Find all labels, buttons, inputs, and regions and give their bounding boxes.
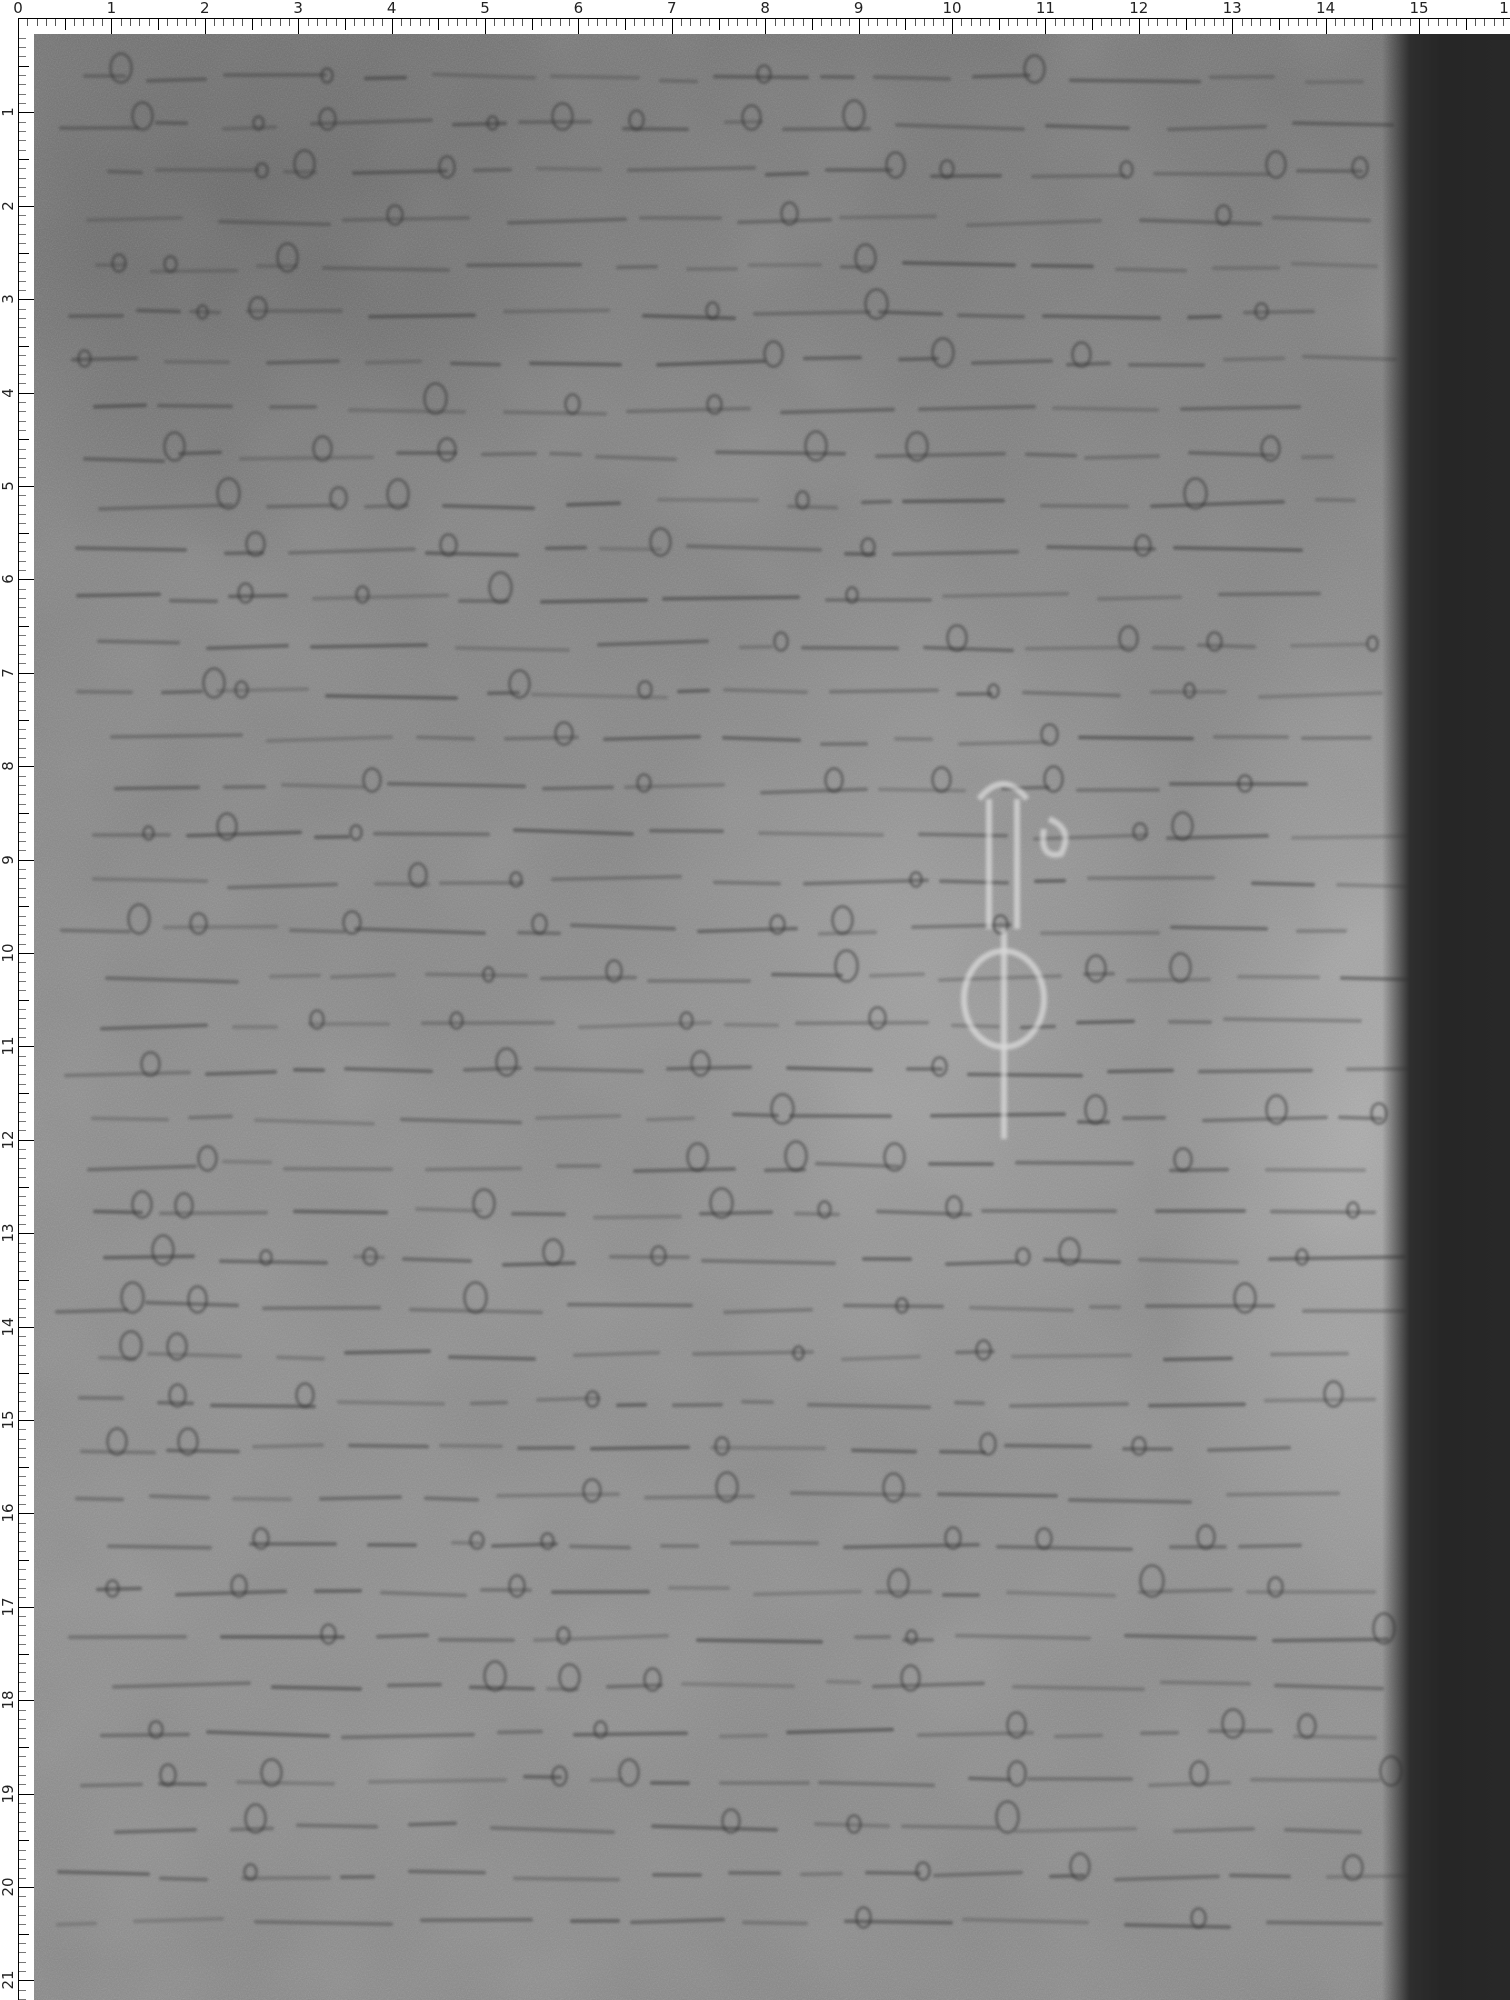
ruler-tick bbox=[19, 1551, 26, 1552]
ink-loop bbox=[216, 477, 241, 510]
ruler-tick bbox=[905, 19, 906, 30]
ruler-tick bbox=[19, 56, 26, 57]
ink-stroke bbox=[1296, 928, 1347, 932]
ink-loop bbox=[509, 871, 523, 888]
ink-stroke bbox=[854, 1635, 891, 1639]
ruler-label: 18 bbox=[0, 1691, 16, 1710]
ink-stroke bbox=[438, 1638, 515, 1642]
ruler-tick bbox=[1214, 19, 1215, 26]
ruler-label: 7 bbox=[667, 0, 677, 16]
ruler-tick bbox=[19, 1532, 26, 1533]
ink-stroke bbox=[1270, 1351, 1349, 1356]
ruler-tick bbox=[19, 1168, 26, 1169]
ruler-tick bbox=[19, 589, 26, 590]
ruler-tick bbox=[242, 19, 243, 26]
ruler-tick bbox=[19, 514, 26, 515]
ruler-tick bbox=[784, 19, 785, 26]
ink-loop bbox=[887, 1568, 910, 1598]
ink-loop bbox=[1254, 302, 1269, 321]
ruler-tick bbox=[19, 281, 26, 282]
ink-loop bbox=[243, 1863, 258, 1882]
ink-loop bbox=[119, 1330, 142, 1361]
ruler-label: 1 bbox=[0, 108, 16, 118]
ink-loop bbox=[795, 490, 811, 510]
ruler-tick bbox=[1232, 19, 1233, 34]
ruler-tick bbox=[616, 19, 617, 26]
ink-stroke bbox=[1237, 975, 1320, 980]
ruler-tick bbox=[19, 766, 34, 767]
ink-stroke bbox=[421, 1021, 555, 1025]
ink-loop bbox=[1267, 1576, 1284, 1598]
ruler-tick bbox=[19, 1037, 26, 1038]
ruler-tick bbox=[504, 19, 505, 26]
ruler-tick bbox=[19, 1915, 26, 1916]
ruler-tick bbox=[19, 785, 26, 786]
ink-loop bbox=[628, 109, 646, 131]
ruler-tick bbox=[1008, 19, 1009, 26]
ink-stroke bbox=[724, 1023, 779, 1028]
ink-loop bbox=[1342, 1854, 1363, 1882]
ruler-tick bbox=[19, 1691, 26, 1692]
ruler-label: 4 bbox=[387, 0, 397, 16]
ink-loop bbox=[686, 1142, 709, 1172]
ink-loop bbox=[439, 533, 458, 557]
ruler-tick bbox=[102, 19, 103, 26]
ruler-tick bbox=[392, 19, 393, 34]
ruler-tick bbox=[803, 19, 804, 26]
ink-stroke bbox=[660, 1544, 699, 1548]
ink-loop bbox=[770, 1093, 794, 1125]
ruler-tick bbox=[19, 1560, 29, 1561]
ruler-tick bbox=[19, 710, 26, 711]
ruler-tick bbox=[19, 1439, 26, 1440]
ruler-tick bbox=[55, 19, 56, 26]
ruler-tick bbox=[19, 729, 26, 730]
ink-loop bbox=[842, 99, 866, 131]
ink-stroke bbox=[1027, 1777, 1133, 1781]
ruler-tick bbox=[19, 309, 26, 310]
ink-loop bbox=[293, 149, 315, 178]
ink-loop bbox=[1173, 1147, 1192, 1172]
ink-loop bbox=[408, 862, 428, 888]
ink-stroke bbox=[639, 216, 722, 220]
ruler-tick bbox=[111, 19, 112, 34]
ink-loop bbox=[245, 531, 265, 557]
ruler-tick bbox=[19, 579, 34, 580]
ruler-tick bbox=[19, 1906, 26, 1907]
ruler-tick bbox=[19, 1822, 26, 1823]
ruler-tick bbox=[19, 393, 34, 394]
ruler-tick bbox=[65, 19, 66, 30]
ruler-label: 16 bbox=[0, 1504, 16, 1523]
ruler-tick bbox=[19, 1018, 26, 1019]
ink-loop bbox=[252, 1527, 270, 1550]
ruler-tick bbox=[1120, 19, 1121, 26]
ruler-tick bbox=[1475, 19, 1476, 26]
ink-stroke bbox=[473, 168, 512, 173]
ruler-tick bbox=[19, 1523, 26, 1524]
ruler-tick bbox=[19, 1607, 34, 1608]
ruler-tick bbox=[1260, 19, 1261, 26]
ink-loop bbox=[854, 243, 877, 273]
ink-stroke bbox=[677, 688, 711, 693]
ink-loop bbox=[1189, 1760, 1209, 1787]
ruler-tick bbox=[476, 19, 477, 26]
ruler-tick bbox=[1428, 19, 1429, 26]
ruler-tick bbox=[19, 1420, 34, 1421]
ruler-tick bbox=[569, 19, 570, 26]
ruler-tick bbox=[19, 1177, 26, 1178]
ruler-tick bbox=[19, 159, 29, 160]
ruler-tick bbox=[19, 1597, 26, 1598]
ruler-tick bbox=[158, 19, 159, 30]
ruler-tick bbox=[19, 1719, 26, 1720]
ruler-tick bbox=[19, 1299, 26, 1300]
ruler-tick bbox=[1354, 19, 1355, 26]
ruler-tick bbox=[223, 19, 224, 26]
ink-stroke bbox=[100, 1732, 190, 1737]
ruler-tick bbox=[19, 1401, 26, 1402]
ink-stroke bbox=[1169, 1545, 1227, 1549]
ink-stroke bbox=[801, 645, 899, 650]
ruler-tick bbox=[19, 1971, 26, 1972]
ruler-tick bbox=[877, 19, 878, 26]
ruler-tick bbox=[19, 1541, 26, 1542]
ink-loop bbox=[77, 349, 92, 368]
ink-loop bbox=[709, 1187, 734, 1220]
ruler-tick bbox=[19, 84, 26, 85]
ruler-tick bbox=[1101, 19, 1102, 26]
ruler-tick bbox=[1129, 19, 1130, 26]
ink-loop bbox=[187, 1285, 209, 1314]
ruler-tick bbox=[354, 19, 355, 26]
ruler-tick bbox=[19, 178, 26, 179]
paper-watermark bbox=[949, 759, 1079, 1139]
ink-loop bbox=[706, 394, 723, 415]
ink-loop bbox=[1190, 1907, 1207, 1929]
ruler-tick bbox=[19, 953, 34, 954]
ink-stroke bbox=[314, 835, 350, 839]
ink-stroke bbox=[1250, 1777, 1381, 1782]
ruler-tick bbox=[19, 131, 26, 132]
ruler-tick bbox=[19, 1728, 26, 1729]
ruler-tick bbox=[19, 75, 26, 76]
ruler-tick bbox=[19, 1308, 26, 1309]
ink-loop bbox=[773, 631, 789, 652]
ruler-tick bbox=[1391, 19, 1392, 26]
ink-loop bbox=[482, 966, 495, 983]
ink-loop bbox=[437, 437, 457, 463]
ruler-label: 3 bbox=[293, 0, 303, 16]
ink-stroke bbox=[169, 599, 218, 604]
ruler-tick bbox=[401, 19, 402, 26]
ink-stroke bbox=[59, 126, 139, 130]
ink-stroke bbox=[843, 1303, 944, 1308]
ruler-tick bbox=[19, 346, 29, 347]
ruler-label: 1 bbox=[107, 0, 117, 16]
ruler-tick bbox=[1494, 19, 1495, 26]
ink-loop bbox=[386, 204, 403, 226]
ruler-tick bbox=[19, 140, 26, 141]
ink-stroke bbox=[283, 1166, 393, 1170]
ruler-tick bbox=[19, 112, 34, 113]
ruler-tick bbox=[19, 981, 26, 982]
ink-loop bbox=[582, 1478, 601, 1503]
ruler-tick bbox=[19, 439, 29, 440]
ruler-tick bbox=[1484, 19, 1485, 26]
ruler-tick bbox=[19, 467, 26, 468]
ruler-tick bbox=[19, 168, 26, 169]
ruler-tick bbox=[19, 1812, 26, 1813]
ruler-tick bbox=[457, 19, 458, 26]
ruler-tick bbox=[19, 1943, 26, 1944]
ruler-tick bbox=[19, 1364, 26, 1365]
ink-loop bbox=[105, 1579, 120, 1598]
ruler-tick bbox=[18, 19, 19, 34]
ruler-tick bbox=[19, 1504, 26, 1505]
ruler-tick bbox=[1466, 19, 1467, 30]
ruler-tick bbox=[19, 1513, 34, 1514]
ruler-label: 9 bbox=[0, 855, 16, 865]
ruler-tick bbox=[644, 19, 645, 26]
ruler-tick bbox=[625, 19, 626, 30]
ink-loop bbox=[1058, 1237, 1081, 1267]
ruler-tick bbox=[19, 1093, 29, 1094]
ink-loop bbox=[558, 1663, 580, 1692]
ruler-tick bbox=[19, 402, 26, 403]
ink-stroke bbox=[373, 831, 490, 836]
ruler-tick bbox=[19, 1775, 26, 1776]
ruler-tick bbox=[1400, 19, 1401, 26]
ruler-tick bbox=[19, 1411, 26, 1412]
ruler-tick bbox=[19, 598, 26, 599]
ruler-tick bbox=[19, 757, 26, 758]
ruler-tick bbox=[19, 1887, 34, 1888]
ink-stroke bbox=[825, 168, 893, 172]
ruler-tick bbox=[19, 561, 26, 562]
ruler-tick bbox=[19, 645, 26, 646]
ink-loop bbox=[248, 296, 267, 321]
ruler-tick bbox=[19, 1738, 26, 1739]
ink-loop bbox=[189, 912, 207, 936]
ink-stroke bbox=[1209, 75, 1275, 79]
ink-loop bbox=[1023, 54, 1046, 84]
ruler-tick bbox=[19, 850, 26, 851]
ink-loop bbox=[1134, 534, 1152, 557]
ruler-tick bbox=[19, 1756, 26, 1757]
ink-stroke bbox=[439, 1444, 503, 1449]
ink-loop bbox=[255, 162, 268, 178]
ruler-tick bbox=[1456, 19, 1457, 26]
ruler-tick bbox=[765, 19, 766, 34]
ruler-tick bbox=[19, 299, 34, 300]
ruler-label: 2 bbox=[200, 0, 210, 16]
ruler-tick bbox=[1027, 19, 1028, 26]
ink-stroke bbox=[511, 1211, 566, 1216]
ink-stroke bbox=[1213, 735, 1289, 739]
ink-loop bbox=[650, 1245, 667, 1266]
ink-loop bbox=[605, 959, 623, 983]
ink-loop bbox=[463, 1281, 487, 1313]
ink-loop bbox=[1171, 811, 1194, 841]
ink-loop bbox=[868, 1006, 886, 1030]
ruler-tick bbox=[1092, 19, 1093, 30]
ruler-tick bbox=[19, 1205, 26, 1206]
ink-stroke bbox=[1076, 788, 1160, 792]
ruler-tick bbox=[19, 897, 26, 898]
ink-stroke bbox=[339, 1875, 374, 1879]
ruler-tick bbox=[19, 1457, 26, 1458]
ink-loop bbox=[564, 393, 581, 415]
ruler-label: 6 bbox=[0, 575, 16, 585]
ruler-tick bbox=[19, 1934, 29, 1935]
ink-stroke bbox=[928, 1162, 994, 1166]
ruler-tick bbox=[19, 925, 26, 926]
ink-loop bbox=[386, 478, 410, 510]
ruler-tick bbox=[821, 19, 822, 26]
ink-loop bbox=[975, 1339, 992, 1361]
ruler-tick bbox=[19, 990, 26, 991]
ink-loop bbox=[276, 242, 299, 273]
ink-stroke bbox=[570, 1919, 620, 1923]
ruler-label: 10 bbox=[942, 0, 961, 16]
ink-loop bbox=[769, 914, 786, 936]
ruler-tick bbox=[19, 1046, 34, 1047]
ruler-tick bbox=[19, 1215, 26, 1216]
ink-loop bbox=[714, 1436, 729, 1456]
ruler-label: 11 bbox=[0, 1037, 16, 1056]
ink-loop bbox=[111, 253, 127, 274]
ink-loop bbox=[618, 1758, 640, 1787]
ruler-tick bbox=[19, 1196, 26, 1197]
ink-loop bbox=[1346, 1201, 1360, 1219]
ruler-tick bbox=[19, 1000, 29, 1001]
ruler-tick bbox=[606, 19, 607, 26]
ruler-tick bbox=[19, 1616, 26, 1617]
ruler-tick bbox=[1326, 19, 1327, 34]
ink-stroke bbox=[164, 360, 230, 364]
ruler-tick bbox=[19, 505, 26, 506]
ruler-tick bbox=[19, 1345, 26, 1346]
ink-stroke bbox=[155, 120, 188, 124]
ink-loop bbox=[792, 1345, 805, 1361]
ruler-tick bbox=[19, 1140, 34, 1141]
ruler-tick bbox=[19, 962, 26, 963]
ruler-tick bbox=[924, 19, 925, 26]
ruler-tick bbox=[19, 682, 26, 683]
ruler-tick bbox=[1223, 19, 1224, 26]
ink-loop bbox=[159, 1763, 178, 1787]
ink-loop bbox=[882, 1472, 906, 1503]
ruler-tick bbox=[1335, 19, 1336, 26]
left-ruler: 123456789101112131415161718192021 bbox=[0, 0, 34, 2000]
ink-stroke bbox=[136, 308, 181, 313]
ruler-tick bbox=[19, 523, 26, 524]
ruler-tick bbox=[19, 253, 29, 254]
ruler-tick bbox=[1410, 19, 1411, 26]
ink-loop bbox=[508, 1574, 526, 1598]
manuscript-scan bbox=[34, 34, 1510, 2000]
ruler-label: 1 bbox=[1499, 0, 1509, 16]
ruler-tick bbox=[19, 1317, 26, 1318]
ruler-tick bbox=[19, 271, 26, 272]
ruler-tick bbox=[19, 1102, 26, 1103]
ruler-tick bbox=[19, 337, 26, 338]
ruler-tick bbox=[653, 19, 654, 26]
ruler-label: 15 bbox=[1409, 0, 1428, 16]
ruler-tick bbox=[19, 1635, 26, 1636]
ruler-tick bbox=[868, 19, 869, 26]
ruler-tick bbox=[19, 421, 26, 422]
ruler-tick bbox=[317, 19, 318, 26]
ruler-tick bbox=[19, 1130, 26, 1131]
ink-stroke bbox=[293, 1067, 325, 1071]
ink-loop bbox=[1085, 954, 1107, 983]
ruler-tick bbox=[326, 19, 327, 26]
ruler-tick bbox=[550, 19, 551, 26]
ruler-tick bbox=[270, 19, 271, 26]
ruler-tick bbox=[840, 19, 841, 26]
ruler-tick bbox=[1083, 19, 1084, 26]
ruler-tick bbox=[19, 1429, 26, 1430]
ruler-tick bbox=[1251, 19, 1252, 26]
ruler-tick bbox=[19, 878, 26, 879]
ruler-tick bbox=[19, 411, 26, 412]
ink-loop bbox=[320, 67, 334, 84]
ruler-tick bbox=[19, 1868, 26, 1869]
ink-loop bbox=[423, 382, 448, 415]
ruler-label: 7 bbox=[0, 668, 16, 678]
ink-loop bbox=[349, 824, 363, 841]
ruler-tick bbox=[19, 869, 26, 870]
ruler-tick bbox=[19, 383, 26, 384]
ink-stroke bbox=[609, 1255, 690, 1259]
ink-loop bbox=[202, 667, 226, 699]
ruler-tick bbox=[19, 841, 26, 842]
ruler-label: 19 bbox=[0, 1784, 16, 1803]
ink-loop bbox=[1119, 160, 1134, 179]
ink-stroke bbox=[367, 1543, 417, 1547]
ruler-tick bbox=[999, 19, 1000, 30]
ink-stroke bbox=[103, 1254, 195, 1259]
ruler-tick bbox=[1307, 19, 1308, 26]
ink-loop bbox=[679, 1011, 694, 1030]
ruler-tick bbox=[896, 19, 897, 26]
ruler-tick bbox=[19, 1261, 26, 1262]
ink-loop bbox=[1366, 635, 1379, 652]
ink-loop bbox=[1169, 952, 1192, 982]
ruler-tick bbox=[1438, 19, 1439, 26]
ink-stroke bbox=[556, 1164, 601, 1168]
ink-stroke bbox=[739, 644, 773, 649]
ruler-tick bbox=[756, 19, 757, 26]
ruler-tick bbox=[345, 19, 346, 30]
ruler-tick bbox=[466, 19, 467, 26]
ruler-tick bbox=[93, 19, 94, 26]
ruler-tick bbox=[1344, 19, 1345, 26]
ruler-label: 4 bbox=[0, 388, 16, 398]
ruler-tick bbox=[1288, 19, 1289, 26]
ink-loop bbox=[216, 812, 238, 841]
ruler-tick bbox=[747, 19, 748, 26]
ruler-tick bbox=[19, 691, 26, 692]
ink-stroke bbox=[68, 314, 124, 318]
ruler-tick bbox=[19, 486, 34, 487]
ruler-tick bbox=[37, 19, 38, 26]
ink-stroke bbox=[79, 1782, 143, 1787]
ruler-tick bbox=[298, 19, 299, 34]
ink-stroke bbox=[820, 75, 855, 79]
